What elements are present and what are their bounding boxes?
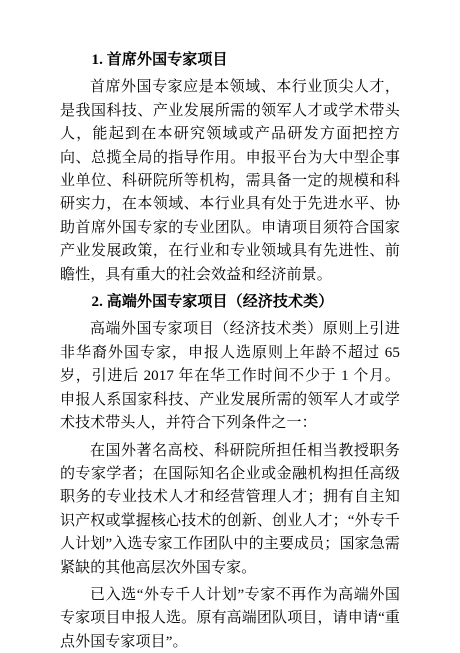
document-page: 1. 首席外国专家项目 首席外国专家应是本领域、本行业顶尖人才，是我国科技、产业… <box>0 0 460 653</box>
section-1-heading: 1. 首席外国专家项目 <box>60 49 400 72</box>
section-2-paragraph-2: 在国外著名高校、科研院所担任相当教授职务的专家学者；在国际知名企业或金融机构担任… <box>60 440 400 580</box>
section-2-heading: 2. 高端外国专家项目（经济技术类） <box>60 291 400 314</box>
section-2-paragraph-3: 已入选“外专千人计划”专家不再作为高端外国专家项目申报人选。原有高端团队项目，请… <box>60 584 400 653</box>
section-1-paragraph-1: 首席外国专家应是本领域、本行业顶尖人才，是我国科技、产业发展所需的领军人才或学术… <box>60 76 400 287</box>
section-2-paragraph-1: 高端外国专家项目（经济技术类）原则上引进非华裔外国专家，申报人选原则上年龄不超过… <box>60 318 400 435</box>
document-content: 1. 首席外国专家项目 首席外国专家应是本领域、本行业顶尖人才，是我国科技、产业… <box>60 49 400 653</box>
